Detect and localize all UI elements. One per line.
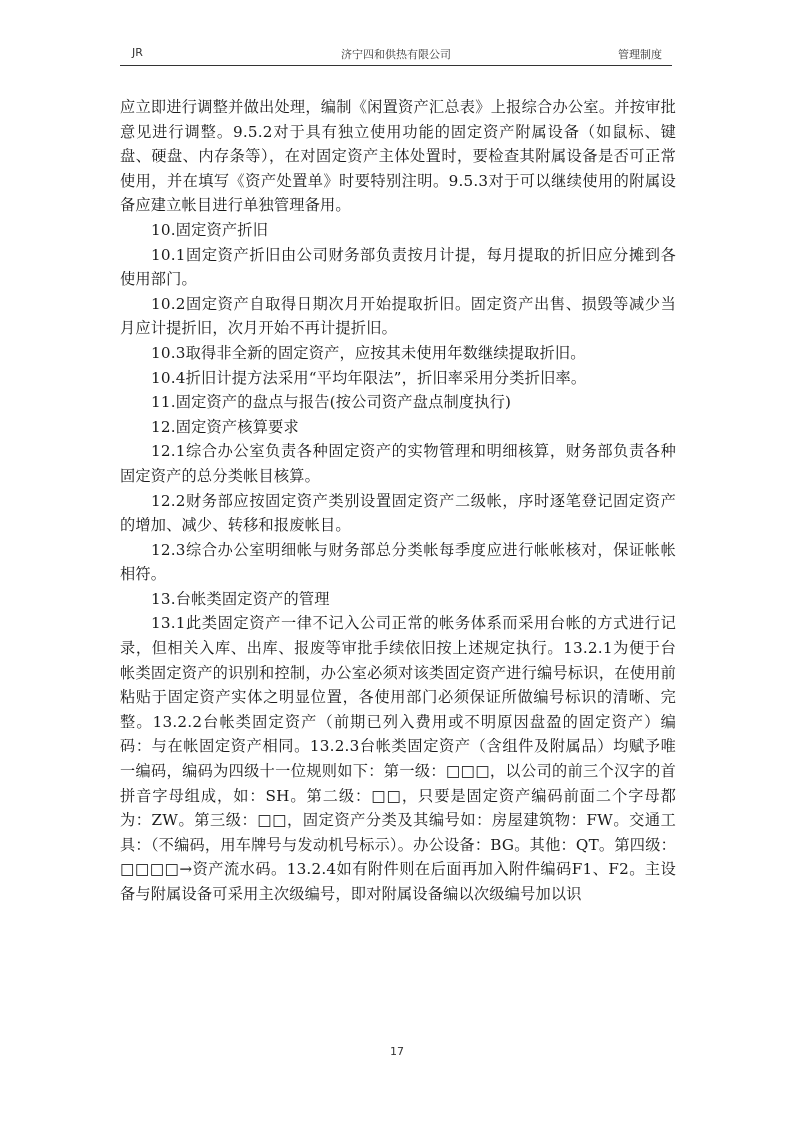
- paragraph-10-4: 10.4折旧计提方法采用“平均年限法”，折旧率采用分类折旧率。: [120, 366, 676, 391]
- paragraph-12-3: 12.3综合办公室明细帐与财务部总分类帐每季度应进行帐帐核对，保证帐帐相符。: [120, 538, 676, 587]
- paragraph-12-2: 12.2财务部应按固定资产类别设置固定资产二级帐，序时逐笔登记固定资产的增加、减…: [120, 489, 676, 538]
- header-doc-type: 管理制度: [618, 46, 662, 62]
- paragraph-9-5-continued: 应立即进行调整并做出处理，编制《闲置资产汇总表》上报综合办公室。并按审批意见进行…: [120, 95, 676, 218]
- document-body: 应立即进行调整并做出处理，编制《闲置资产汇总表》上报综合办公室。并按审批意见进行…: [120, 95, 676, 907]
- paragraph-10-1: 10.1固定资产折旧由公司财务部负责按月计提，每月提取的折旧应分摊到各使用部门。: [120, 243, 676, 292]
- heading-13-ledger-assets: 13.台帐类固定资产的管理: [120, 587, 676, 612]
- paragraph-12-1: 12.1综合办公室负责各种固定资产的实物管理和明细核算，财务部负责各种固定资产的…: [120, 439, 676, 488]
- page-number: 17: [390, 1045, 404, 1058]
- heading-12-accounting: 12.固定资产核算要求: [120, 415, 676, 440]
- header-company: 济宁四和供热有限公司: [120, 46, 672, 62]
- paragraph-10-2: 10.2固定资产自取得日期次月开始提取折旧。固定资产出售、损毁等减少当月应计提折…: [120, 292, 676, 341]
- paragraph-10-3: 10.3取得非全新的固定资产，应按其未使用年数继续提取折旧。: [120, 341, 676, 366]
- page-footer: 17: [0, 1045, 794, 1058]
- heading-10-depreciation: 10.固定资产折旧: [120, 218, 676, 243]
- header-divider: [120, 65, 672, 66]
- heading-11-inventory: 11.固定资产的盘点与报告(按公司资产盘点制度执行): [120, 390, 676, 415]
- paragraph-13-1: 13.1此类固定资产一律不记入公司正常的帐务体系而采用台帐的方式进行记录，但相关…: [120, 611, 676, 906]
- page-header: JR 济宁四和供热有限公司 管理制度: [120, 46, 672, 64]
